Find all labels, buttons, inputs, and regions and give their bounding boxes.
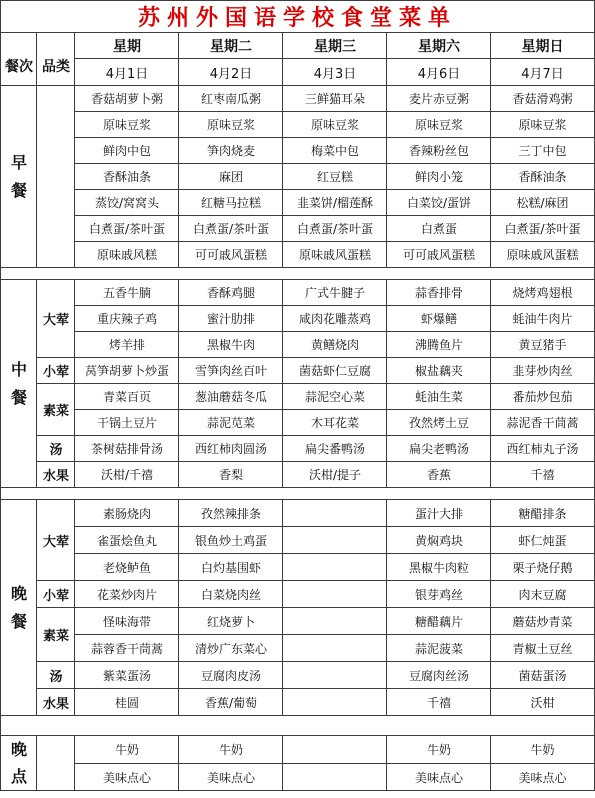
menu-cell: 美味点心 [179, 763, 283, 791]
menu-cell: 烧烤鸡翅根 [491, 280, 594, 306]
menu-cell: 蚝油生菜 [387, 384, 491, 410]
menu-row: 水果桂圆香蕉/葡萄千禧沃柑 [1, 689, 594, 716]
menu-cell: 糖醋排条 [491, 500, 594, 527]
menu-cell [283, 689, 387, 716]
menu-cell: 银鱼炒土鸡蛋 [179, 527, 283, 554]
menu-row: 早餐香菇胡萝卜粥红枣南瓜粥三鲜猫耳朵麦片赤豆粥香菇滑鸡粥 [1, 86, 594, 112]
menu-row: 素菜怪味海带红烧萝卜糖醋藕片蘑菇炒青菜 [1, 608, 594, 635]
menu-cell: 美味点心 [491, 763, 594, 791]
menu-cell: 沃柑/千禧 [75, 462, 179, 488]
menu-row: 雀蛋烩鱼丸银鱼炒土鸡蛋黄焖鸡块虾仁炖蛋 [1, 527, 594, 554]
date-header: 4月2日 [179, 59, 283, 86]
menu-cell: 白煮蛋/茶叶蛋 [179, 216, 283, 242]
day-header: 星期六 [387, 33, 491, 59]
menu-cell: 蒜泥香干茼蒿 [491, 410, 594, 436]
menu-row: 中餐大荤五香牛腩香酥鸡腿广式牛腱子蒜香排骨烧烤鸡翅根 [1, 280, 594, 306]
category-label: 汤 [37, 662, 75, 689]
menu-cell: 千禧 [387, 689, 491, 716]
menu-cell: 三鲜猫耳朵 [283, 86, 387, 112]
category-label: 水果 [37, 689, 75, 716]
menu-cell: 番茄炒包茄 [491, 384, 594, 410]
menu-cell: 红豆糕 [283, 164, 387, 190]
menu-cell: 花菜炒肉片 [75, 581, 179, 608]
menu-cell: 白煮蛋 [387, 216, 491, 242]
menu-cell: 香梨 [179, 462, 283, 488]
date-header: 4月6日 [387, 59, 491, 86]
menu-cell [283, 581, 387, 608]
menu-row: 白煮蛋/茶叶蛋白煮蛋/茶叶蛋白煮蛋/茶叶蛋白煮蛋白煮蛋/茶叶蛋 [1, 216, 594, 242]
menu-row: 老烧鲈鱼白灼基围虾黑椒牛肉粒栗子烧仔鹅 [1, 554, 594, 581]
menu-cell: 麻团 [179, 164, 283, 190]
menu-cell [283, 527, 387, 554]
menu-cell: 烤羊排 [75, 332, 179, 358]
weekday-header-row: 餐次 品类 星期 星期二 星期三 星期六 星期日 [1, 33, 594, 59]
menu-cell: 扁尖老鸭汤 [387, 436, 491, 462]
menu-cell: 广式牛腱子 [283, 280, 387, 306]
menu-cell: 原味豆浆 [75, 112, 179, 138]
menu-cell: 葱油蘑菇冬瓜 [179, 384, 283, 410]
menu-cell: 五香牛腩 [75, 280, 179, 306]
menu-cell: 牛奶 [491, 736, 594, 764]
menu-cell: 鲜肉小笼 [387, 164, 491, 190]
menu-cell: 黄豆猪手 [491, 332, 594, 358]
meal-section-label: 晚点 [1, 736, 37, 791]
menu-cell: 豆腐肉皮汤 [179, 662, 283, 689]
menu-row: 晚点牛奶牛奶牛奶牛奶 [1, 736, 594, 764]
menu-cell: 原味戚风蛋糕 [283, 242, 387, 268]
menu-cell: 沃柑 [491, 689, 594, 716]
menu-cell: 松糕/麻团 [491, 190, 594, 216]
menu-cell: 韭芽炒肉丝 [491, 358, 594, 384]
menu-cell: 椒盐藕夹 [387, 358, 491, 384]
date-header: 4月7日 [491, 59, 594, 86]
menu-cell: 白煮蛋/茶叶蛋 [491, 216, 594, 242]
menu-cell: 沸腾鱼片 [387, 332, 491, 358]
menu-row: 蒜蓉香干茼蒿清炒广东菜心蒜泥菠菜青椒土豆丝 [1, 635, 594, 662]
menu-cell: 美味点心 [387, 763, 491, 791]
menu-cell: 虾爆鳝 [387, 306, 491, 332]
menu-cell: 西红柿丸子汤 [491, 436, 594, 462]
menu-row: 素菜青菜百页葱油蘑菇冬瓜蒜泥空心菜蚝油生菜番茄炒包茄 [1, 384, 594, 410]
menu-cell [283, 500, 387, 527]
menu-cell: 香蕉/葡萄 [179, 689, 283, 716]
menu-cell: 素肠烧肉 [75, 500, 179, 527]
menu-cell: 红糖马拉糕 [179, 190, 283, 216]
menu-row: 烤羊排黑椒牛肉黄鳝烧肉沸腾鱼片黄豆猪手 [1, 332, 594, 358]
menu-table: 苏州外国语学校食堂菜单 餐次 品类 星期 星期二 星期三 星期六 星期日 4月1… [0, 0, 594, 791]
menu-cell: 原味戚风蛋糕 [491, 242, 594, 268]
menu-row: 汤紫菜蛋汤豆腐肉皮汤豆腐肉丝汤菌菇蛋汤 [1, 662, 594, 689]
menu-row: 重庆辣子鸡蜜汁肋排咸肉花雕蒸鸡虾爆鳝蚝油牛肉片 [1, 306, 594, 332]
menu-cell: 美味点心 [75, 763, 179, 791]
menu-row: 晚餐大荤素肠烧肉孜然辣排条蛋汁大排糖醋排条 [1, 500, 594, 527]
menu-cell: 蒜泥菠菜 [387, 635, 491, 662]
menu-cell: 孜然烤土豆 [387, 410, 491, 436]
menu-cell [283, 635, 387, 662]
menu-cell: 牛奶 [387, 736, 491, 764]
menu-cell: 千禧 [491, 462, 594, 488]
menu-cell: 黄焖鸡块 [387, 527, 491, 554]
menu-row: 小荤莴笋胡萝卜炒蛋雪笋肉丝百叶菌菇虾仁豆腐椒盐藕夹韭芽炒肉丝 [1, 358, 594, 384]
menu-cell: 青椒土豆丝 [491, 635, 594, 662]
menu-cell: 香蕉 [387, 462, 491, 488]
menu-cell: 栗子烧仔鹅 [491, 554, 594, 581]
menu-row: 蒸饺/窝窝头红糖马拉糕韭菜饼/榴莲酥白菜饺/蛋饼松糕/麻团 [1, 190, 594, 216]
menu-cell: 豆腐肉丝汤 [387, 662, 491, 689]
menu-cell: 菌菇虾仁豆腐 [283, 358, 387, 384]
menu-row: 水果沃柑/千禧香梨沃柑/提子香蕉千禧 [1, 462, 594, 488]
menu-cell: 干锅土豆片 [75, 410, 179, 436]
section-separator [1, 268, 594, 280]
meal-section-label: 早餐 [1, 86, 37, 268]
menu-cell: 蒜蓉香干茼蒿 [75, 635, 179, 662]
section-separator [1, 488, 594, 500]
menu-cell: 麦片赤豆粥 [387, 86, 491, 112]
menu-cell: 咸肉花雕蒸鸡 [283, 306, 387, 332]
menu-cell: 香菇胡萝卜粥 [75, 86, 179, 112]
category-label: 大荤 [37, 500, 75, 581]
menu-cell: 糖醋藕片 [387, 608, 491, 635]
menu-cell: 孜然辣排条 [179, 500, 283, 527]
meal-section-label-text: 中餐 [10, 356, 28, 410]
meal-section-label-text: 晚餐 [10, 580, 28, 634]
category-label: 汤 [37, 436, 75, 462]
menu-cell: 香酥油条 [491, 164, 594, 190]
section-separator-row [1, 488, 594, 500]
menu-cell: 沃柑/提子 [283, 462, 387, 488]
category-label: 水果 [37, 462, 75, 488]
page-title: 苏州外国语学校食堂菜单 [1, 1, 594, 33]
menu-cell: 牛奶 [75, 736, 179, 764]
meal-section-label-text: 晚点 [10, 736, 28, 790]
menu-row: 干锅土豆片蒜泥苋菜木耳花菜孜然烤土豆蒜泥香干茼蒿 [1, 410, 594, 436]
menu-cell: 紫菜蛋汤 [75, 662, 179, 689]
menu-cell: 香酥鸡腿 [179, 280, 283, 306]
date-header: 4月3日 [283, 59, 387, 86]
menu-cell: 虾仁炖蛋 [491, 527, 594, 554]
meal-section-label: 中餐 [1, 280, 37, 488]
menu-cell: 三丁中包 [491, 138, 594, 164]
menu-cell: 香辣粉丝包 [387, 138, 491, 164]
menu-cell: 白煮蛋/茶叶蛋 [75, 216, 179, 242]
category-label: 素菜 [37, 608, 75, 662]
menu-cell: 牛奶 [179, 736, 283, 764]
day-header: 星期二 [179, 33, 283, 59]
menu-cell: 黄鳝烧肉 [283, 332, 387, 358]
day-header: 星期三 [283, 33, 387, 59]
meal-section-label: 晚餐 [1, 500, 37, 716]
meal-section-label-text: 早餐 [10, 149, 28, 203]
menu-row: 香酥油条麻团红豆糕鲜肉小笼香酥油条 [1, 164, 594, 190]
section-separator [1, 716, 594, 736]
menu-cell: 蜜汁肋排 [179, 306, 283, 332]
menu-row: 原味豆浆原味豆浆原味豆浆原味豆浆原味豆浆 [1, 112, 594, 138]
menu-body: 早餐香菇胡萝卜粥红枣南瓜粥三鲜猫耳朵麦片赤豆粥香菇滑鸡粥原味豆浆原味豆浆原味豆浆… [1, 86, 594, 791]
menu-cell: 扁尖番鸭汤 [283, 436, 387, 462]
menu-cell: 原味戚风糕 [75, 242, 179, 268]
menu-cell [283, 736, 387, 764]
menu-cell: 蛋汁大排 [387, 500, 491, 527]
category-label: 素菜 [37, 384, 75, 436]
menu-row: 美味点心美味点心美味点心美味点心 [1, 763, 594, 791]
menu-cell: 蒸饺/窝窝头 [75, 190, 179, 216]
menu-cell: 韭菜饼/榴莲酥 [283, 190, 387, 216]
menu-cell: 银芽鸡丝 [387, 581, 491, 608]
date-header: 4月1日 [75, 59, 179, 86]
menu-row: 原味戚风糕可可戚风蛋糕原味戚风蛋糕可可戚风蛋糕原味戚风蛋糕 [1, 242, 594, 268]
menu-cell [283, 662, 387, 689]
menu-cell: 桂圆 [75, 689, 179, 716]
category-label: 大荤 [37, 280, 75, 358]
menu-cell: 蘑菇炒青菜 [491, 608, 594, 635]
menu-cell: 雪笋肉丝百叶 [179, 358, 283, 384]
menu-cell: 西红柿肉圆汤 [179, 436, 283, 462]
menu-cell: 白菜饺/蛋饼 [387, 190, 491, 216]
menu-cell: 重庆辣子鸡 [75, 306, 179, 332]
category-label: 小荤 [37, 358, 75, 384]
menu-cell: 雀蛋烩鱼丸 [75, 527, 179, 554]
menu-cell: 红烧萝卜 [179, 608, 283, 635]
menu-row: 汤茶树菇排骨汤西红柿肉圆汤扁尖番鸭汤扁尖老鸭汤西红柿丸子汤 [1, 436, 594, 462]
menu-cell: 老烧鲈鱼 [75, 554, 179, 581]
date-header-row: 4月1日 4月2日 4月3日 4月6日 4月7日 [1, 59, 594, 86]
menu-cell [283, 763, 387, 791]
title-row: 苏州外国语学校食堂菜单 [1, 1, 594, 33]
menu-cell: 黑椒牛肉 [179, 332, 283, 358]
menu-cell: 黑椒牛肉粒 [387, 554, 491, 581]
category-column-header: 品类 [37, 33, 75, 86]
menu-cell: 可可戚风蛋糕 [179, 242, 283, 268]
menu-cell: 清炒广东菜心 [179, 635, 283, 662]
menu-cell: 蒜泥空心菜 [283, 384, 387, 410]
menu-cell: 笋肉烧麦 [179, 138, 283, 164]
menu-cell: 青菜百页 [75, 384, 179, 410]
category-label [37, 736, 75, 791]
menu-cell [283, 608, 387, 635]
menu-cell: 香酥油条 [75, 164, 179, 190]
menu-cell: 菌菇蛋汤 [491, 662, 594, 689]
menu-cell: 可可戚风蛋糕 [387, 242, 491, 268]
menu-row: 小荤花菜炒肉片白菜烧肉丝银芽鸡丝肉末豆腐 [1, 581, 594, 608]
category-label: 小荤 [37, 581, 75, 608]
menu-cell: 梅菜中包 [283, 138, 387, 164]
menu-cell: 原味豆浆 [387, 112, 491, 138]
menu-cell: 香菇滑鸡粥 [491, 86, 594, 112]
menu-row: 鲜肉中包笋肉烧麦梅菜中包香辣粉丝包三丁中包 [1, 138, 594, 164]
section-separator-row [1, 716, 594, 736]
menu-cell: 鲜肉中包 [75, 138, 179, 164]
menu-cell: 蚝油牛肉片 [491, 306, 594, 332]
menu-cell: 白灼基围虾 [179, 554, 283, 581]
day-header: 星期 [75, 33, 179, 59]
menu-cell: 白菜烧肉丝 [179, 581, 283, 608]
menu-cell: 木耳花菜 [283, 410, 387, 436]
menu-cell: 蒜香排骨 [387, 280, 491, 306]
menu-cell: 原味豆浆 [283, 112, 387, 138]
day-header: 星期日 [491, 33, 594, 59]
category-label [37, 86, 75, 268]
section-separator-row [1, 268, 594, 280]
menu-cell: 怪味海带 [75, 608, 179, 635]
menu-cell: 莴笋胡萝卜炒蛋 [75, 358, 179, 384]
menu-cell: 肉末豆腐 [491, 581, 594, 608]
menu-cell: 红枣南瓜粥 [179, 86, 283, 112]
menu-cell: 原味豆浆 [491, 112, 594, 138]
meal-column-header: 餐次 [1, 33, 37, 86]
menu-cell [283, 554, 387, 581]
menu-cell: 蒜泥苋菜 [179, 410, 283, 436]
menu-cell: 茶树菇排骨汤 [75, 436, 179, 462]
menu-cell: 白煮蛋/茶叶蛋 [283, 216, 387, 242]
menu-cell: 原味豆浆 [179, 112, 283, 138]
